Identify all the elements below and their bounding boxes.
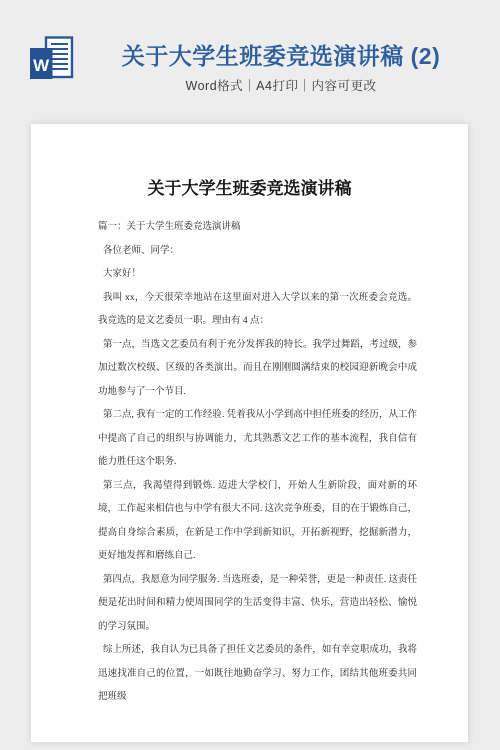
- preview-stage: W 关于大学生班委竞选演讲稿 (2) Word格式｜A4打印｜内容可更改 关于大…: [0, 0, 500, 750]
- paragraph: 第三点，我渴望得到锻炼. 迈进大学校门，开始人生新阶段，面对新的环境，工作起来相…: [98, 475, 417, 569]
- paragraph: 第四点，我愿意为同学服务. 当选班委，是一种荣誉，更是一种责任. 这责任便是花出…: [98, 569, 417, 640]
- header: 关于大学生班委竞选演讲稿 (2) Word格式｜A4打印｜内容可更改: [80, 42, 482, 94]
- paragraph: 综上所述，我自认为已具备了担任文艺委员的条件，如有幸竞职成功，我将迅速找准自己的…: [98, 639, 417, 710]
- word-icon: W: [29, 36, 75, 82]
- paragraph: 第一点，当选文艺委员有利于充分发挥我的特长。我学过舞蹈，考过级，参加过数次校级、…: [98, 334, 417, 405]
- page-title: 关于大学生班委竞选演讲稿 (2): [80, 42, 482, 70]
- paragraph: 各位老师、同学：: [98, 240, 417, 264]
- document-body: 篇一：关于大学生班委竞选演讲稿各位老师、同学：大家好！我叫 xx，今天很荣幸地站…: [98, 216, 417, 710]
- document-title: 关于大学生班委竞选演讲稿: [31, 177, 468, 201]
- format-subtitle: Word格式｜A4打印｜内容可更改: [80, 76, 482, 94]
- paragraph: 第二点, 我有一定的工作经验. 凭着我从小学到高中担任班委的经历，从工作中提高了…: [98, 404, 417, 475]
- paragraph: 我叫 xx，今天很荣幸地站在这里面对进入大学以来的第一次班委会竞选。我竞选的是文…: [98, 287, 417, 334]
- svg-text:W: W: [33, 56, 50, 75]
- paragraph: 大家好！: [98, 263, 417, 287]
- document-page: 关于大学生班委竞选演讲稿 篇一：关于大学生班委竞选演讲稿各位老师、同学：大家好！…: [31, 124, 468, 742]
- paragraph: 篇一：关于大学生班委竞选演讲稿: [98, 216, 417, 240]
